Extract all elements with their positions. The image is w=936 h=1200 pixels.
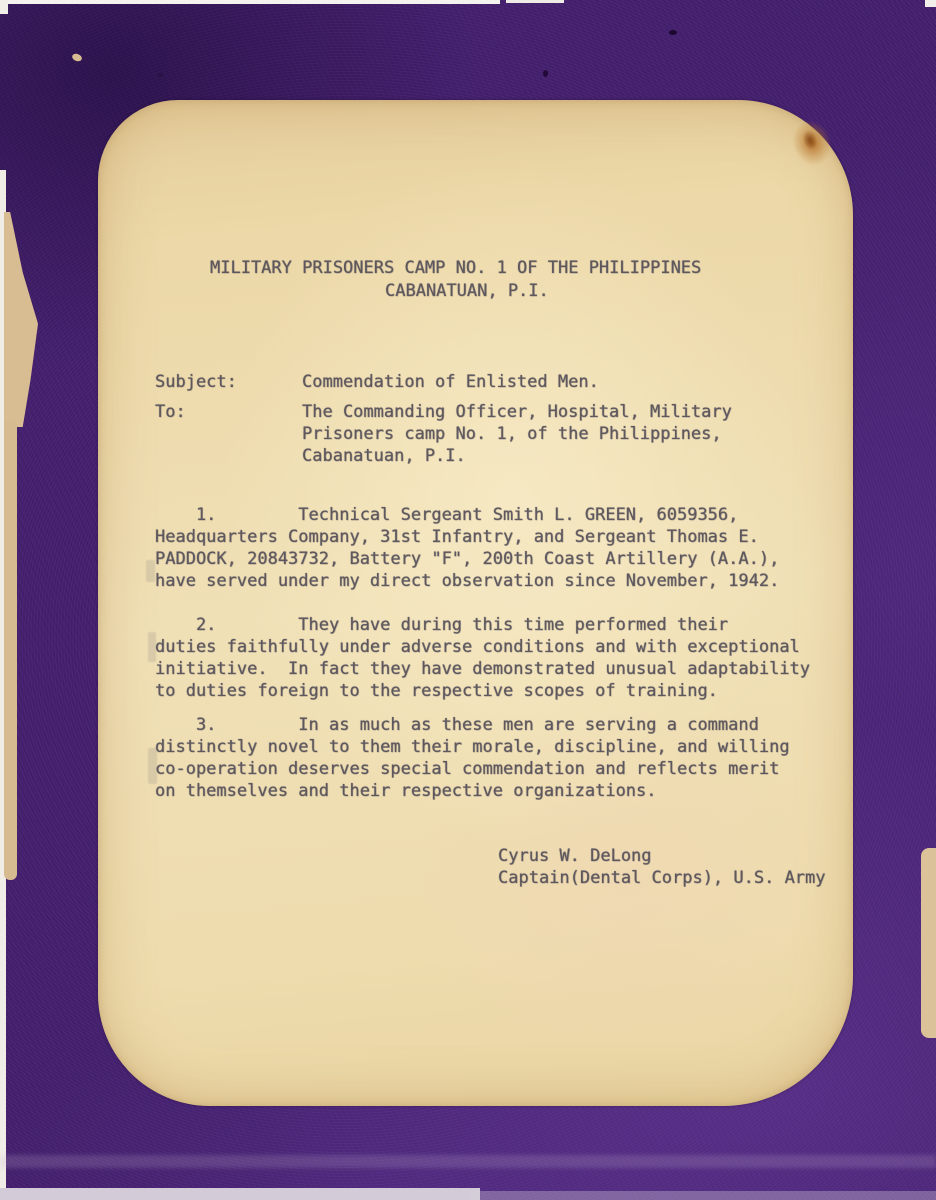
paragraph-1: 1. Technical Sergeant Smith L. GREEN, 60… xyxy=(155,504,779,592)
paragraph-2: 2. They have during this time performed … xyxy=(155,614,810,702)
mat-speck-tan xyxy=(71,53,83,63)
mat-tear-left-wedge xyxy=(4,212,38,427)
mat-tear-right-sliver xyxy=(921,848,936,1038)
scan-edge-left-top xyxy=(0,0,8,14)
subject-value: Commendation of Enlisted Men. xyxy=(302,371,599,393)
signature-name: Cyrus W. DeLong xyxy=(498,845,652,867)
letterhead-line1: MILITARY PRISONERS CAMP NO. 1 OF THE PHI… xyxy=(210,257,701,280)
scan-edge-bottom xyxy=(0,1188,480,1200)
mat-speck-dark xyxy=(158,73,163,77)
scan-edge-top-right xyxy=(925,0,936,7)
to-value: The Commanding Officer, Hospital, Milita… xyxy=(302,401,732,467)
to-label: To: xyxy=(155,401,186,423)
mat-scuff-line xyxy=(0,1155,936,1168)
signature-title: Captain(Dental Corps), U.S. Army xyxy=(498,867,826,889)
document-scan: MILITARY PRISONERS CAMP NO. 1 OF THE PHI… xyxy=(0,0,936,1200)
scan-edge-top-patch xyxy=(506,0,564,3)
scan-edge-top xyxy=(0,0,500,4)
purple-mat: MILITARY PRISONERS CAMP NO. 1 OF THE PHI… xyxy=(0,0,936,1200)
letter-paper: MILITARY PRISONERS CAMP NO. 1 OF THE PHI… xyxy=(98,100,853,1106)
mat-speck-dark xyxy=(669,30,677,35)
letterhead-line2: CABANATUAN, P.I. xyxy=(385,280,549,303)
subject-label: Subject: xyxy=(155,371,237,393)
paragraph-3: 3. In as much as these men are serving a… xyxy=(155,714,790,802)
mat-tear-left-sliver xyxy=(4,420,17,880)
mat-speck-dark xyxy=(543,70,548,77)
scan-edge-bottom-faint xyxy=(470,1191,936,1200)
ink-bleed-mark xyxy=(146,560,155,582)
